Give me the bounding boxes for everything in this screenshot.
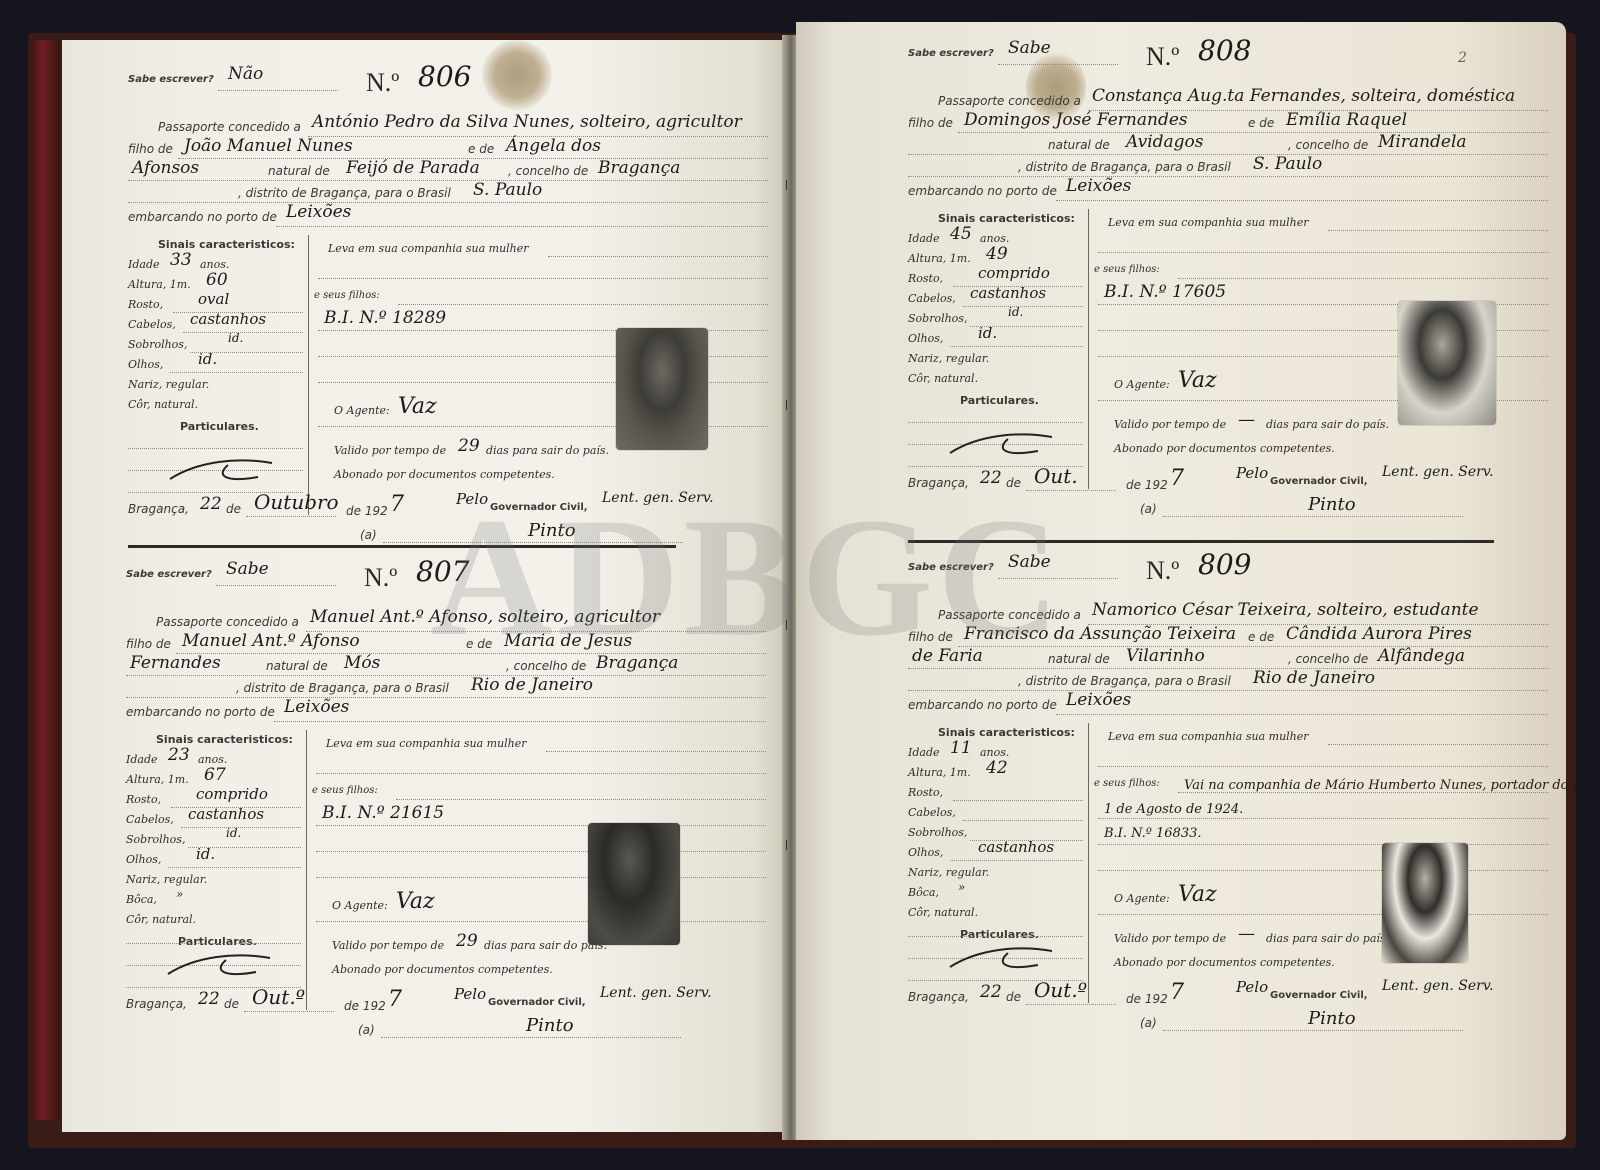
mother-name: Maria de Jesus (504, 631, 632, 651)
date-year-digit: 7 (1170, 980, 1184, 1005)
mother-name: Cândida Aurora Pires (1286, 624, 1472, 644)
de-label: de (1006, 990, 1021, 1004)
municipality: Bragança (596, 653, 678, 673)
sabe-escrever-label: Sabe escrever? (908, 48, 994, 59)
birthplace: Avidagos (1126, 132, 1204, 152)
signature: Pinto (528, 520, 576, 541)
olhos-label: Olhos, (126, 853, 161, 866)
cor-label: Côr, natural. (128, 398, 198, 411)
date-day: 22 (980, 982, 1002, 1002)
braganca-label: Bragança, (908, 476, 969, 490)
altura-label: Altura, 1m. (128, 278, 191, 291)
nariz-label: Nariz, regular. (908, 352, 989, 365)
birthplace: Feijó de Parada (346, 158, 480, 178)
natural-de-label: natural de (1048, 138, 1110, 152)
passaporte-label: Passaporte concedido a (938, 94, 1081, 108)
olhos-label: Olhos, (128, 358, 163, 371)
holder-name: Namorico César Teixeira, solteiro, estud… (1092, 600, 1479, 620)
destination: S. Paulo (473, 180, 542, 200)
seus-filhos-label: e seus filhos: (312, 785, 378, 796)
de-192-label: de 192 (344, 999, 386, 1013)
height-value: 60 (206, 270, 228, 290)
age-value: 45 (950, 224, 972, 244)
embarcando-label: embarcando no porto de (908, 184, 1057, 198)
date-month: Outubro (254, 490, 339, 514)
rosto-label: Rosto, (908, 786, 943, 799)
handwritten-flourish (166, 950, 276, 978)
face-value: comprido (196, 785, 268, 803)
port: Leixões (284, 697, 349, 717)
agente-label: O Agente: (334, 404, 390, 417)
mother-name: Emília Raquel (1286, 110, 1407, 130)
passport-entry-806: Sabe escrever? Não N.º 806 Passaporte co… (128, 50, 778, 550)
passport-entry-807: Sabe escrever? Sabe N.º 807 Passaporte c… (126, 545, 776, 1045)
binding-stitch (786, 620, 793, 630)
sobrolhos-label: Sobrolhos, (908, 826, 967, 839)
binding-stitch (786, 840, 793, 850)
agent-name: Vaz (1178, 368, 1217, 393)
sobrolhos-label: Sobrolhos, (908, 312, 967, 325)
municipality: Bragança (598, 158, 680, 178)
father-name: Manuel Ant.º Afonso (182, 631, 360, 651)
entry-separator (908, 540, 1494, 543)
book-binding-edge (30, 40, 60, 1120)
de-label: de (1006, 476, 1021, 490)
idade-label: Idade (126, 753, 158, 766)
valido-label: Valido por tempo de (1114, 932, 1226, 945)
governador-label: Governador Civil, (490, 502, 588, 513)
rosto-label: Rosto, (128, 298, 163, 311)
mouth-value: » (958, 880, 965, 894)
father-name: João Manuel Nunes (184, 136, 353, 156)
handwritten-flourish (948, 429, 1058, 457)
seus-filhos-label: e seus filhos: (1094, 264, 1160, 275)
distrito-label: , distrito de Bragança, para o Brasil (238, 186, 451, 200)
eyes-value: id. (198, 350, 217, 368)
filho-de-label: filho de (128, 142, 173, 156)
nariz-label: Nariz, regular. (126, 873, 207, 886)
date-day: 22 (980, 468, 1002, 488)
municipality: Alfândega (1378, 646, 1465, 666)
mother-name: Ángela dos (506, 136, 601, 156)
mouth-value: » (176, 887, 183, 901)
embarcando-label: embarcando no porto de (128, 210, 277, 224)
valid-days: — (1238, 410, 1255, 430)
handwritten-flourish (168, 455, 278, 483)
hair-value: castanhos (970, 284, 1046, 302)
de-label: de (224, 997, 239, 1011)
date-month: Out. (1034, 464, 1078, 488)
sabe-escrever-label: Sabe escrever? (908, 562, 994, 573)
valid-days: — (1238, 924, 1255, 944)
a-label: (a) (360, 528, 377, 542)
olhos-label: Olhos, (908, 332, 943, 345)
destination: Rio de Janeiro (471, 675, 593, 695)
concelho-label: , concelho de (1288, 652, 1368, 666)
agent-name: Vaz (398, 394, 437, 419)
height-value: 49 (986, 244, 1008, 264)
date-year-digit: 7 (388, 987, 402, 1012)
signature: Pinto (1308, 494, 1356, 515)
abonado-label: Abonado por documentos competentes. (1114, 442, 1335, 455)
children-note-line: B.I. N.º 17605 (1104, 282, 1226, 302)
birthplace: Mós (344, 653, 380, 673)
signature: Pinto (526, 1015, 574, 1036)
distrito-label: , distrito de Bragança, para o Brasil (236, 681, 449, 695)
age-value: 23 (168, 745, 190, 765)
concelho-label: , concelho de (506, 659, 586, 673)
valido-label-end: dias para sair do país. (1266, 932, 1389, 945)
passport-number: 806 (418, 60, 471, 93)
eyebrows-value: id. (226, 826, 241, 840)
passport-number: 808 (1198, 34, 1251, 67)
altura-label: Altura, 1m. (908, 766, 971, 779)
passport-number: 809 (1198, 548, 1251, 581)
abonado-label: Abonado por documentos competentes. (1114, 956, 1335, 969)
pelo-annotation: Pelo (1236, 464, 1268, 482)
idade-label: Idade (908, 232, 940, 245)
braganca-label: Bragança, (128, 502, 189, 516)
altura-label: Altura, 1m. (908, 252, 971, 265)
rosto-label: Rosto, (126, 793, 161, 806)
eyes-value: castanhos (978, 838, 1054, 856)
eyes-value: id. (196, 845, 215, 863)
agente-label: O Agente: (1114, 378, 1170, 391)
sabe-escrever-value: Sabe (1008, 552, 1051, 572)
braganca-label: Bragança, (908, 990, 969, 1004)
a-label: (a) (1140, 502, 1157, 516)
olhos-label: Olhos, (908, 846, 943, 859)
port: Leixões (1066, 176, 1131, 196)
embarcando-label: embarcando no porto de (908, 698, 1057, 712)
agente-label: O Agente: (1114, 892, 1170, 905)
birthplace: Vilarinho (1126, 646, 1205, 666)
holder-name: Manuel Ant.º Afonso, solteiro, agriculto… (310, 607, 660, 627)
pelo-annotation: Pelo (1236, 978, 1268, 996)
cabelos-label: Cabelos, (908, 292, 956, 305)
embarcando-label: embarcando no porto de (126, 705, 275, 719)
agente-label: O Agente: (332, 899, 388, 912)
de-192-label: de 192 (1126, 478, 1168, 492)
cor-label: Côr, natural. (908, 906, 978, 919)
date-day: 22 (198, 989, 220, 1009)
passport-number: 807 (416, 555, 469, 588)
face-value: oval (198, 290, 229, 308)
signatory-title: Lent. gen. Serv. (1382, 978, 1494, 994)
eyebrows-value: id. (228, 331, 243, 345)
municipality: Mirandela (1378, 132, 1467, 152)
leva-mulher-label: Leva em sua companhia sua mulher (1108, 730, 1309, 743)
mother-name-cont: Fernandes (130, 653, 221, 673)
age-value: 33 (170, 250, 192, 270)
face-value: comprido (978, 264, 1050, 282)
passport-entry-808: Sabe escrever? Sabe N.º 808 Passaporte c… (908, 24, 1558, 524)
children-notes: B.I. N.º 18289 (324, 308, 446, 328)
abonado-label: Abonado por documentos competentes. (332, 963, 553, 976)
e-de-label: e de (1248, 116, 1274, 130)
handwritten-flourish (948, 943, 1058, 971)
date-month: Out.º (1034, 978, 1087, 1002)
date-day: 22 (200, 494, 222, 514)
father-name: Domingos José Fernandes (964, 110, 1188, 130)
seus-filhos-label: e seus filhos: (314, 290, 380, 301)
children-notes: B.I. N.º 17605 (1104, 282, 1226, 302)
e-de-label: e de (468, 142, 494, 156)
governador-label: Governador Civil, (488, 997, 586, 1008)
rosto-label: Rosto, (908, 272, 943, 285)
signatory-title: Lent. gen. Serv. (602, 490, 714, 506)
filho-de-label: filho de (908, 116, 953, 130)
signatory-title: Lent. gen. Serv. (1382, 464, 1494, 480)
passaporte-label: Passaporte concedido a (158, 120, 301, 134)
cabelos-label: Cabelos, (126, 813, 174, 826)
pelo-annotation: Pelo (454, 985, 486, 1003)
sobrolhos-label: Sobrolhos, (126, 833, 185, 846)
sabe-escrever-value: Sabe (1008, 38, 1051, 58)
filho-de-label: filho de (126, 637, 171, 651)
sabe-escrever-label: Sabe escrever? (128, 74, 214, 85)
number-label: N.º (366, 68, 399, 98)
a-label: (a) (1140, 1016, 1157, 1030)
leva-mulher-label: Leva em sua companhia sua mulher (326, 737, 527, 750)
nariz-label: Nariz, regular. (128, 378, 209, 391)
particulares-label: Particulares. (180, 420, 259, 433)
leva-mulher-label: Leva em sua companhia sua mulher (328, 242, 529, 255)
passport-photo-man-with-cap (616, 328, 708, 450)
valid-days: 29 (458, 436, 480, 456)
mother-name-cont: Afonsos (132, 158, 199, 178)
de-label: de (226, 502, 241, 516)
height-value: 67 (204, 765, 226, 785)
nariz-label: Nariz, regular. (908, 866, 989, 879)
a-label: (a) (358, 1023, 375, 1037)
hair-value: castanhos (190, 310, 266, 328)
boca-label: Bôca, (126, 893, 157, 906)
particulares-label: Particulares. (960, 394, 1039, 407)
de-192-label: de 192 (346, 504, 388, 518)
valid-days: 29 (456, 931, 478, 951)
children-note-line: B.I. N.º 21615 (322, 803, 444, 823)
agent-name: Vaz (1178, 882, 1217, 907)
father-name: Francisco da Assunção Teixeira (964, 624, 1236, 644)
eyebrows-value: id. (1008, 305, 1023, 319)
eyes-value: id. (978, 324, 997, 342)
e-de-label: e de (1248, 630, 1274, 644)
valido-label: Valido por tempo de (334, 444, 446, 457)
distrito-label: , distrito de Bragança, para o Brasil (1018, 160, 1231, 174)
date-year-digit: 7 (390, 492, 404, 517)
valido-label: Valido por tempo de (332, 939, 444, 952)
port: Leixões (286, 202, 351, 222)
natural-de-label: natural de (266, 659, 328, 673)
boca-label: Bôca, (908, 886, 939, 899)
particulares-label: Particulares. (178, 935, 257, 948)
number-label: N.º (1146, 556, 1179, 586)
mother-name-cont: de Faria (912, 646, 983, 666)
entry-separator (128, 545, 676, 548)
destination: S. Paulo (1253, 154, 1322, 174)
cor-label: Côr, natural. (908, 372, 978, 385)
hair-value: castanhos (188, 805, 264, 823)
sabe-escrever-value: Sabe (226, 559, 269, 579)
particulares-label: Particulares. (960, 928, 1039, 941)
children-note-line: B.I. N.º 18289 (324, 308, 446, 328)
binding-stitch (786, 400, 793, 410)
passaporte-label: Passaporte concedido a (156, 615, 299, 629)
children-note-line: Vai na companhia de Mário Humberto Nunes… (1184, 774, 1600, 798)
holder-name: Constança Aug.ta Fernandes, solteira, do… (1092, 86, 1515, 106)
valido-label-end: dias para sair do país. (486, 444, 609, 457)
age-value: 11 (950, 738, 972, 758)
passport-photo-man-in-suit (588, 823, 680, 945)
holder-name: António Pedro da Silva Nunes, solteiro, … (312, 112, 742, 132)
passaporte-label: Passaporte concedido a (938, 608, 1081, 622)
port: Leixões (1066, 690, 1131, 710)
valido-label: Valido por tempo de (1114, 418, 1226, 431)
idade-label: Idade (908, 746, 940, 759)
number-label: N.º (364, 563, 397, 593)
children-notes: B.I. N.º 21615 (322, 803, 444, 823)
de-192-label: de 192 (1126, 992, 1168, 1006)
idade-label: Idade (128, 258, 160, 271)
leva-mulher-label: Leva em sua companhia sua mulher (1108, 216, 1309, 229)
natural-de-label: natural de (268, 164, 330, 178)
height-value: 42 (986, 758, 1008, 778)
cor-label: Côr, natural. (126, 913, 196, 926)
concelho-label: , concelho de (1288, 138, 1368, 152)
date-year-digit: 7 (1170, 466, 1184, 491)
destination: Rio de Janeiro (1253, 668, 1375, 688)
cabelos-label: Cabelos, (908, 806, 956, 819)
braganca-label: Bragança, (126, 997, 187, 1011)
altura-label: Altura, 1m. (126, 773, 189, 786)
sobrolhos-label: Sobrolhos, (128, 338, 187, 351)
distrito-label: , distrito de Bragança, para o Brasil (1018, 674, 1231, 688)
abonado-label: Abonado por documentos competentes. (334, 468, 555, 481)
valido-label-end: dias para sair do país. (1266, 418, 1389, 431)
pelo-annotation: Pelo (456, 490, 488, 508)
sabe-escrever-label: Sabe escrever? (126, 569, 212, 580)
agent-name: Vaz (396, 889, 435, 914)
filho-de-label: filho de (908, 630, 953, 644)
number-label: N.º (1146, 42, 1179, 72)
passport-photo-boy (1382, 843, 1468, 963)
e-de-label: e de (466, 637, 492, 651)
sabe-escrever-value: Não (228, 64, 263, 84)
passport-entry-809: Sabe escrever? Sabe N.º 809 Passaporte c… (908, 538, 1558, 1038)
governador-label: Governador Civil, (1270, 476, 1368, 487)
natural-de-label: natural de (1048, 652, 1110, 666)
children-notes: Vai na companhia de Mário Humberto Nunes… (1104, 774, 1600, 846)
concelho-label: , concelho de (508, 164, 588, 178)
cabelos-label: Cabelos, (128, 318, 176, 331)
date-month: Out.º (252, 985, 305, 1009)
signature: Pinto (1308, 1008, 1356, 1029)
signatory-title: Lent. gen. Serv. (600, 985, 712, 1001)
passport-photo-woman (1398, 301, 1496, 425)
binding-stitch (786, 180, 793, 190)
governador-label: Governador Civil, (1270, 990, 1368, 1001)
children-note-line: B.I. N.º 16833. (1104, 822, 1600, 846)
